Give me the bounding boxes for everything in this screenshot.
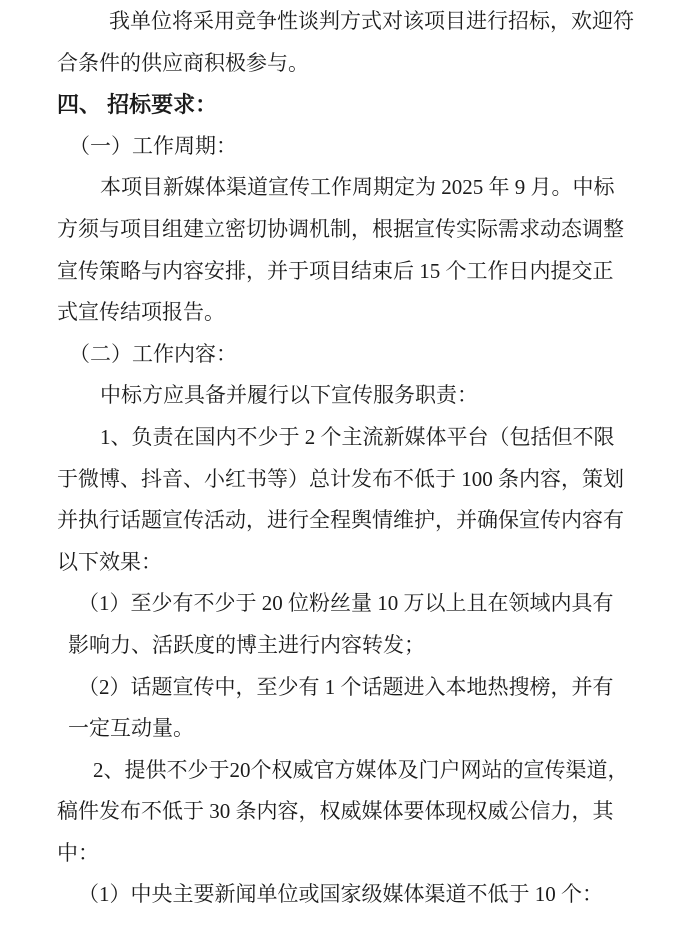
duty1-line-2: 于微博、抖音、小红书等）总计发布不低于 100 条内容，策划: [57, 459, 629, 501]
work-period-line-2: 方须与项目组建立密切协调机制，根据宣传实际需求动态调整: [57, 209, 629, 251]
work-period-line-4: 式宣传结项报告。: [57, 292, 629, 334]
effect2-line-2: 一定互动量。: [57, 708, 629, 750]
effect2-line-1: （2）话题宣传中，至少有 1 个话题进入本地热搜榜，并有: [57, 667, 629, 709]
duty2-line-1: 2、提供不少于20个权威官方媒体及门户网站的宣传渠道，: [57, 750, 629, 792]
work-content-intro: 中标方应具备并履行以下宣传服务职责：: [57, 375, 629, 417]
effect1-line-2: 影响力、活跃度的博主进行内容转发；: [57, 625, 629, 667]
intro-line-1: 我单位将采用竞争性谈判方式对该项目进行招标，欢迎符: [57, 1, 629, 43]
effect1-line-1: （1）至少有不少于 20 位粉丝量 10 万以上且在领域内具有: [57, 583, 629, 625]
duty1-line-3: 并执行话题宣传活动，进行全程舆情维护，并确保宣传内容有: [57, 500, 629, 542]
duty1-line-4: 以下效果：: [57, 542, 629, 584]
duty2-line-2: 稿件发布不低于 30 条内容，权威媒体要体现权威公信力，其: [57, 791, 629, 833]
document-page: 我单位将采用竞争性谈判方式对该项目进行招标，欢迎符 合条件的供应商积极参与。 四…: [0, 0, 683, 936]
work-period-line-1: 本项目新媒体渠道宣传工作周期定为 2025 年 9 月。中标: [57, 167, 629, 209]
subheading-work-content: （二）工作内容：: [57, 334, 629, 376]
duty1-line-1: 1、负责在国内不少于 2 个主流新媒体平台（包括但不限: [57, 417, 629, 459]
channel-requirement-line: （1）中央主要新闻单位或国家级媒体渠道不低于 10 个：: [57, 874, 629, 916]
subheading-work-period: （一）工作周期：: [57, 126, 629, 168]
intro-line-2: 合条件的供应商积极参与。: [57, 43, 629, 85]
work-period-line-3: 宣传策略与内容安排，并于项目结束后 15 个工作日内提交正: [57, 251, 629, 293]
duty2-line-3: 中：: [57, 833, 629, 875]
section-heading-bidding-requirements: 四、 招标要求：: [57, 84, 629, 126]
